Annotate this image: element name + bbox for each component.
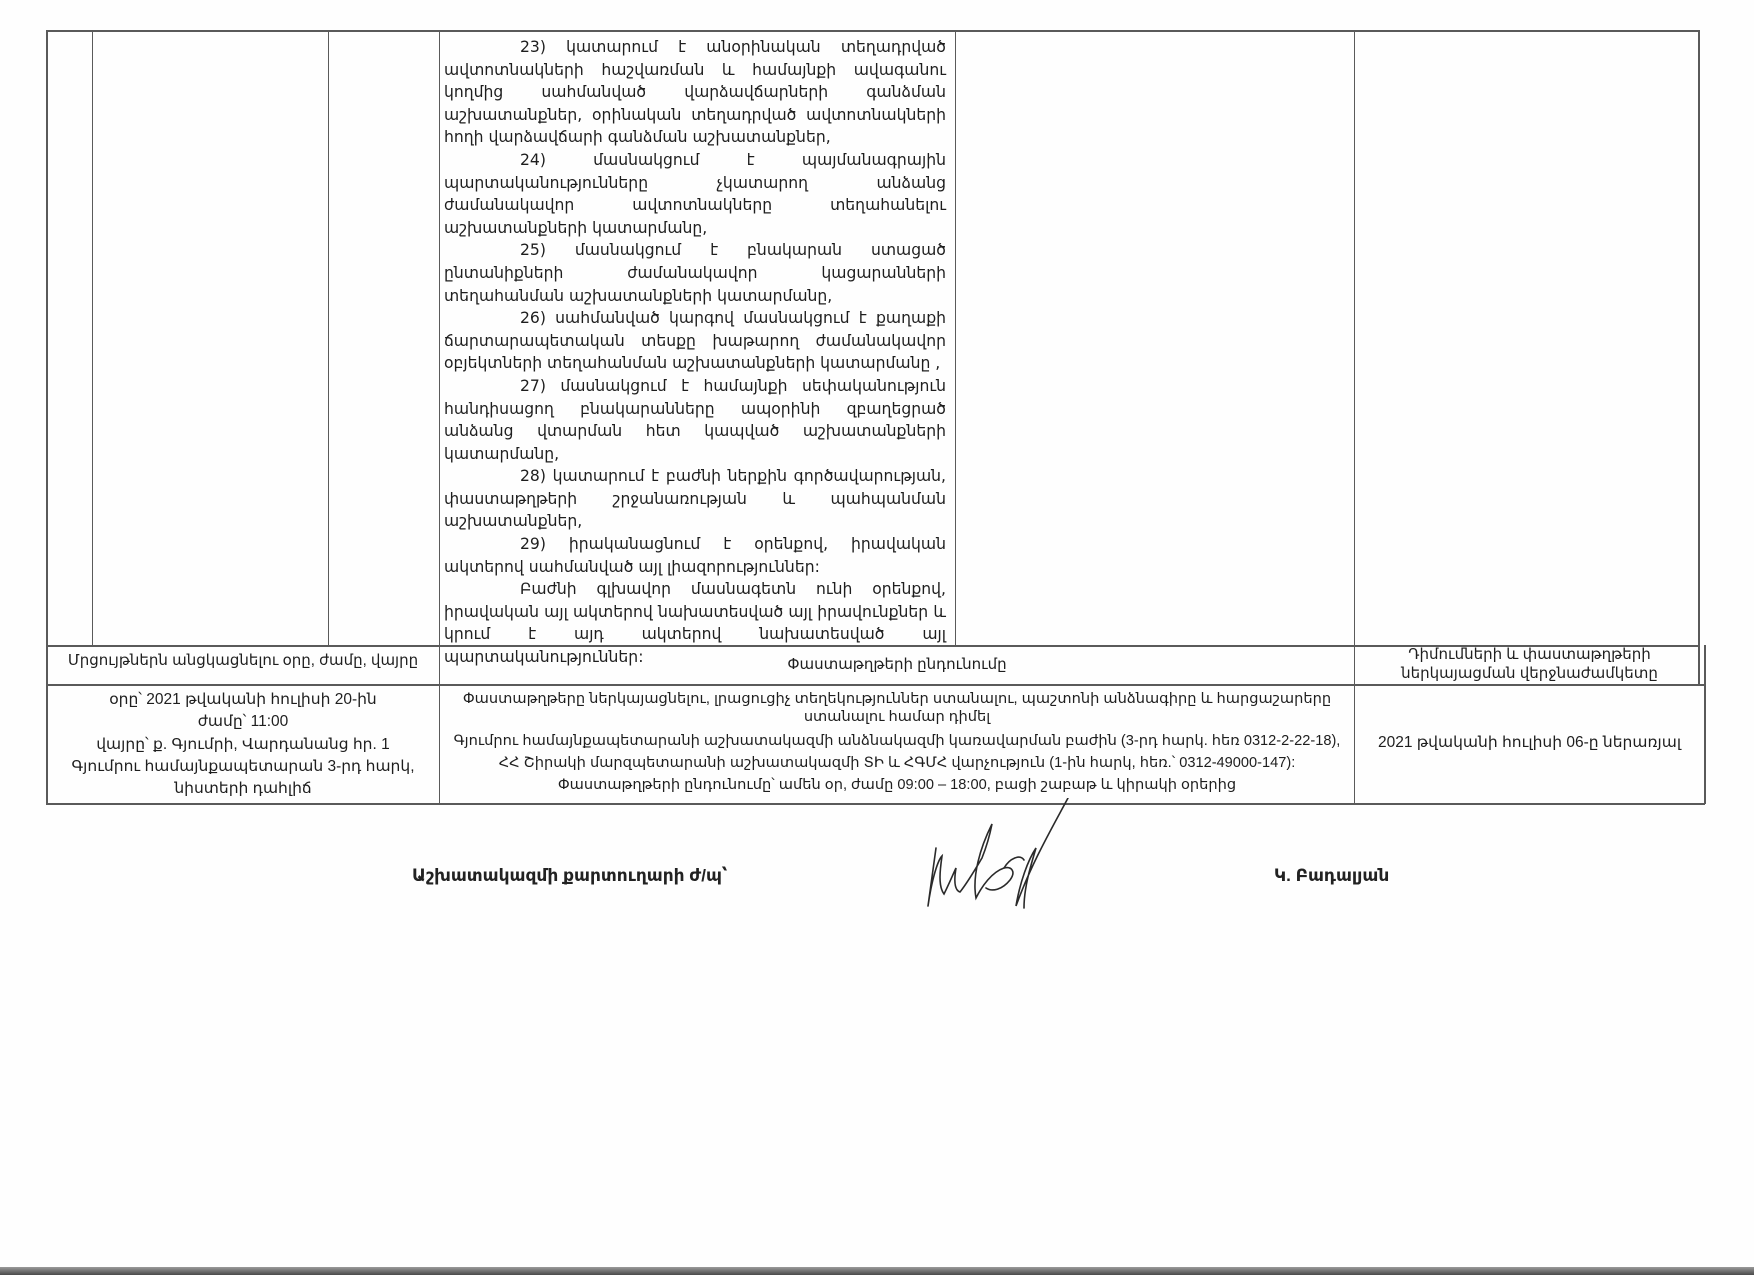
competition-details: օրը՝ 2021 թվականի հուլիսի 20-ին ժամը՝ 11… (47, 689, 439, 800)
duty-item-26: 26) սահմանված կարգով մասնակցում է քաղաքի… (444, 307, 946, 375)
header-deadline-line1: Դիմումների և փաստաթղթերի (1355, 645, 1704, 664)
duty-item-23: 23) կատարում է անօրինական տեղադրված ավտո… (444, 36, 946, 149)
scan-bottom-edge (0, 1267, 1754, 1275)
col-divider-4 (955, 30, 956, 645)
header-documents: Փաստաթղթերի ընդունումը (440, 655, 1354, 675)
duty-item-28: 28) կատարում է բաժնի ներքին գործավարությ… (444, 465, 946, 533)
competition-place-hall: նիստերի դահլիճ (47, 778, 439, 800)
documents-line-2: ստանալու համար դիմել (440, 708, 1354, 726)
duty-item-24: 24) մասնակցում է պայմանագրային պարտականո… (444, 149, 946, 239)
handwritten-signature-icon (920, 798, 1160, 918)
signatory-name: Կ. Բադալյան (1274, 866, 1389, 886)
signatory-position: Աշխատակազմի քարտուղարի ժ/պ՝ (412, 866, 727, 886)
competition-time: ժամը՝ 11:00 (47, 711, 439, 733)
col-divider-5 (1354, 30, 1355, 803)
header-deadline: Դիմումների և փաստաթղթերի ներկայացման վեր… (1355, 645, 1704, 683)
col-divider-3 (439, 30, 440, 803)
duties-cell: 23) կատարում է անօրինական տեղադրված ավտո… (444, 36, 946, 669)
duty-item-29: 29) իրականացնում է օրենքով, իրավական ակտ… (444, 533, 946, 578)
col-divider-1 (92, 30, 93, 645)
table-border-top (46, 30, 1698, 32)
header-competition: Մրցույթներն անցկացնելու օրը, ժամը, վայրը (47, 651, 439, 671)
competition-day: օրը՝ 2021 թվականի հուլիսի 20-ին (47, 689, 439, 711)
documents-line-3: Գյումրու համայնքապետարանի աշխատակազմի ան… (440, 730, 1354, 752)
col-divider-2 (328, 30, 329, 645)
lower-table-bottom (46, 803, 1705, 805)
table-border-left (46, 30, 48, 803)
duty-item-25: 25) մասնակցում է բնակարան ստացած ընտանիք… (444, 239, 946, 307)
documents-line-4: ՀՀ Շիրակի մարզպետարանի աշխատակազմի ՏԻ և … (440, 752, 1354, 774)
header-deadline-line2: ներկայացման վերջնաժամկետը (1355, 664, 1704, 683)
competition-place: վայրը՝ ք. Գյումրի, Վարդանանց հր. 1 (47, 734, 439, 756)
duty-item-27: 27) մասնակցում է համայնքի սեփականություն… (444, 375, 946, 465)
lower-table-right (1704, 645, 1706, 804)
lower-header-bottom (46, 684, 1705, 686)
documents-details: Փաստաթղթերը ներկայացնելու, լրացուցիչ տեղ… (440, 690, 1354, 796)
table-border-right-upper (1698, 30, 1700, 685)
competition-place-floor: Գյումրու համայնքապետարան 3-րդ հարկ, (47, 756, 439, 778)
documents-line-1: Փաստաթղթերը ներկայացնելու, լրացուցիչ տեղ… (440, 690, 1354, 708)
deadline-value: 2021 թվականի հուլիսի 06-ը ներառյալ (1355, 733, 1704, 753)
documents-line-5: Փաստաթղթերի ընդունումը՝ ամեն օր, ժամը 09… (440, 774, 1354, 796)
